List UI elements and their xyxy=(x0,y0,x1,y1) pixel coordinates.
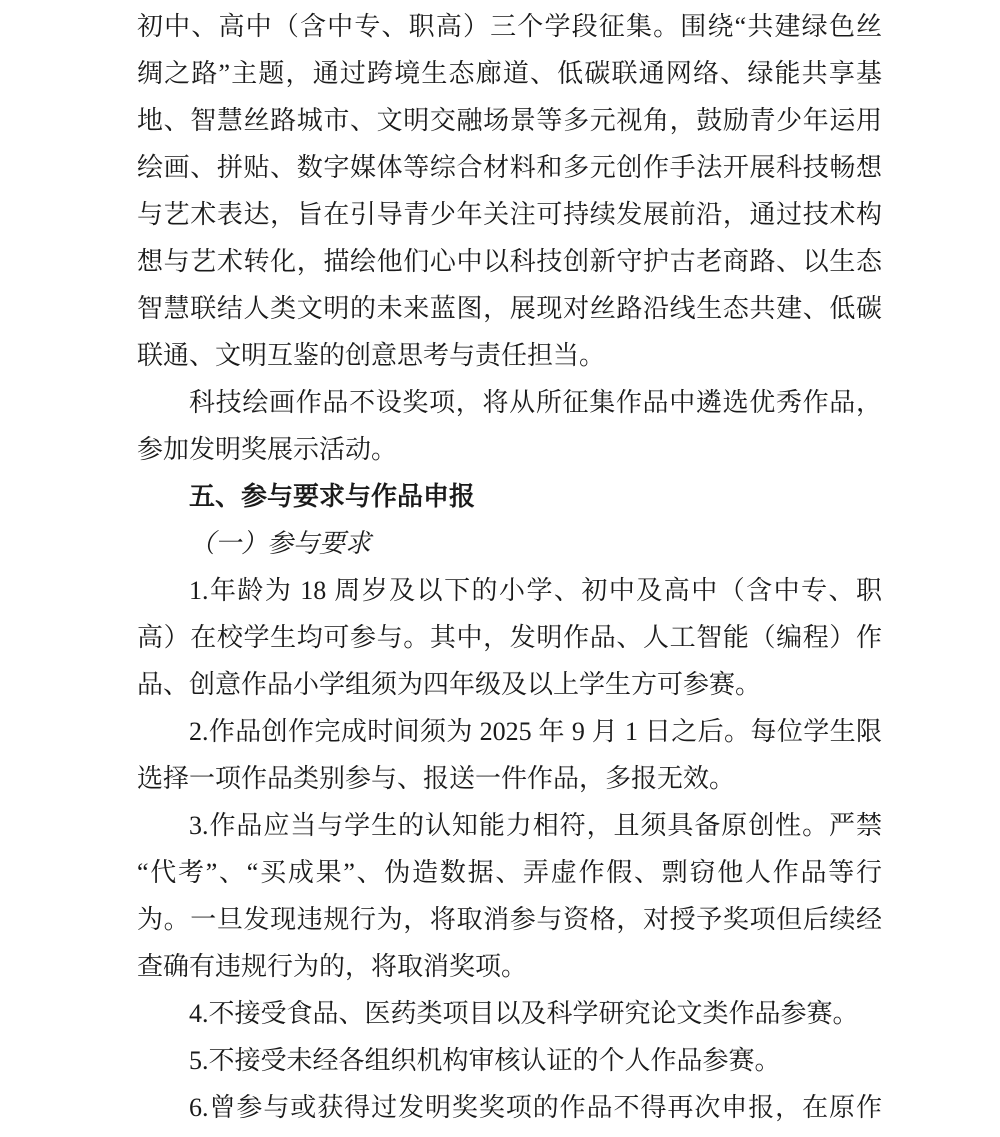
text-line: 绸之路”主题，通过跨境生态廊道、低碳联通网络、绿能共享基 xyxy=(137,50,882,97)
subsection-heading: （一）参与要求 xyxy=(137,520,882,567)
text-line: 智慧联结人类文明的未来蓝图，展现对丝路沿线生态共建、低碳 xyxy=(137,285,882,332)
text-line: 初中、高中（含中专、职高）三个学段征集。围绕“共建绿色丝 xyxy=(137,3,882,50)
document-page: 初中、高中（含中专、职高）三个学段征集。围绕“共建绿色丝 绸之路”主题，通过跨境… xyxy=(0,0,1000,1137)
text-line: 高）在校学生均可参与。其中，发明作品、人工智能（编程）作 xyxy=(137,614,882,661)
text-line: 联通、文明互鉴的创意思考与责任担当。 xyxy=(137,332,882,379)
text-line: 2.作品创作完成时间须为 2025 年 9 月 1 日之后。每位学生限 xyxy=(137,708,882,755)
text-line: 参加发明奖展示活动。 xyxy=(137,426,882,473)
text-line: 想与艺术转化，描绘他们心中以科技创新守护古老商路、以生态 xyxy=(137,238,882,285)
text-line: “代考”、“买成果”、伪造数据、弄虚作假、剽窃他人作品等行 xyxy=(137,849,882,896)
text-line: 选择一项作品类别参与、报送一件作品，多报无效。 xyxy=(137,755,882,802)
text-line: 1.年龄为 18 周岁及以下的小学、初中及高中（含中专、职 xyxy=(137,567,882,614)
text-line: 地、智慧丝路城市、文明交融场景等多元视角，鼓励青少年运用 xyxy=(137,97,882,144)
text-line: 3.作品应当与学生的认知能力相符，且须具备原创性。严禁 xyxy=(137,802,882,849)
text-line: 品、创意作品小学组须为四年级及以上学生方可参赛。 xyxy=(137,661,882,708)
text-line: 与艺术表达，旨在引导青少年关注可持续发展前沿，通过技术构 xyxy=(137,191,882,238)
text-line: 查确有违规行为的，将取消奖项。 xyxy=(137,943,882,990)
text-line: 科技绘画作品不设奖项，将从所征集作品中遴选优秀作品， xyxy=(137,379,882,426)
text-line: 4.不接受食品、医药类项目以及科学研究论文类作品参赛。 xyxy=(137,990,882,1037)
text-line: 5.不接受未经各组织机构审核认证的个人作品参赛。 xyxy=(137,1037,882,1084)
text-line: 绘画、拼贴、数字媒体等综合材料和多元创作手法开展科技畅想 xyxy=(137,144,882,191)
text-line: 6.曾参与或获得过发明奖奖项的作品不得再次申报，在原作 xyxy=(137,1084,882,1131)
section-heading: 五、参与要求与作品申报 xyxy=(137,473,882,520)
text-line: 为。一旦发现违规行为，将取消参与资格，对授予奖项但后续经 xyxy=(137,896,882,943)
